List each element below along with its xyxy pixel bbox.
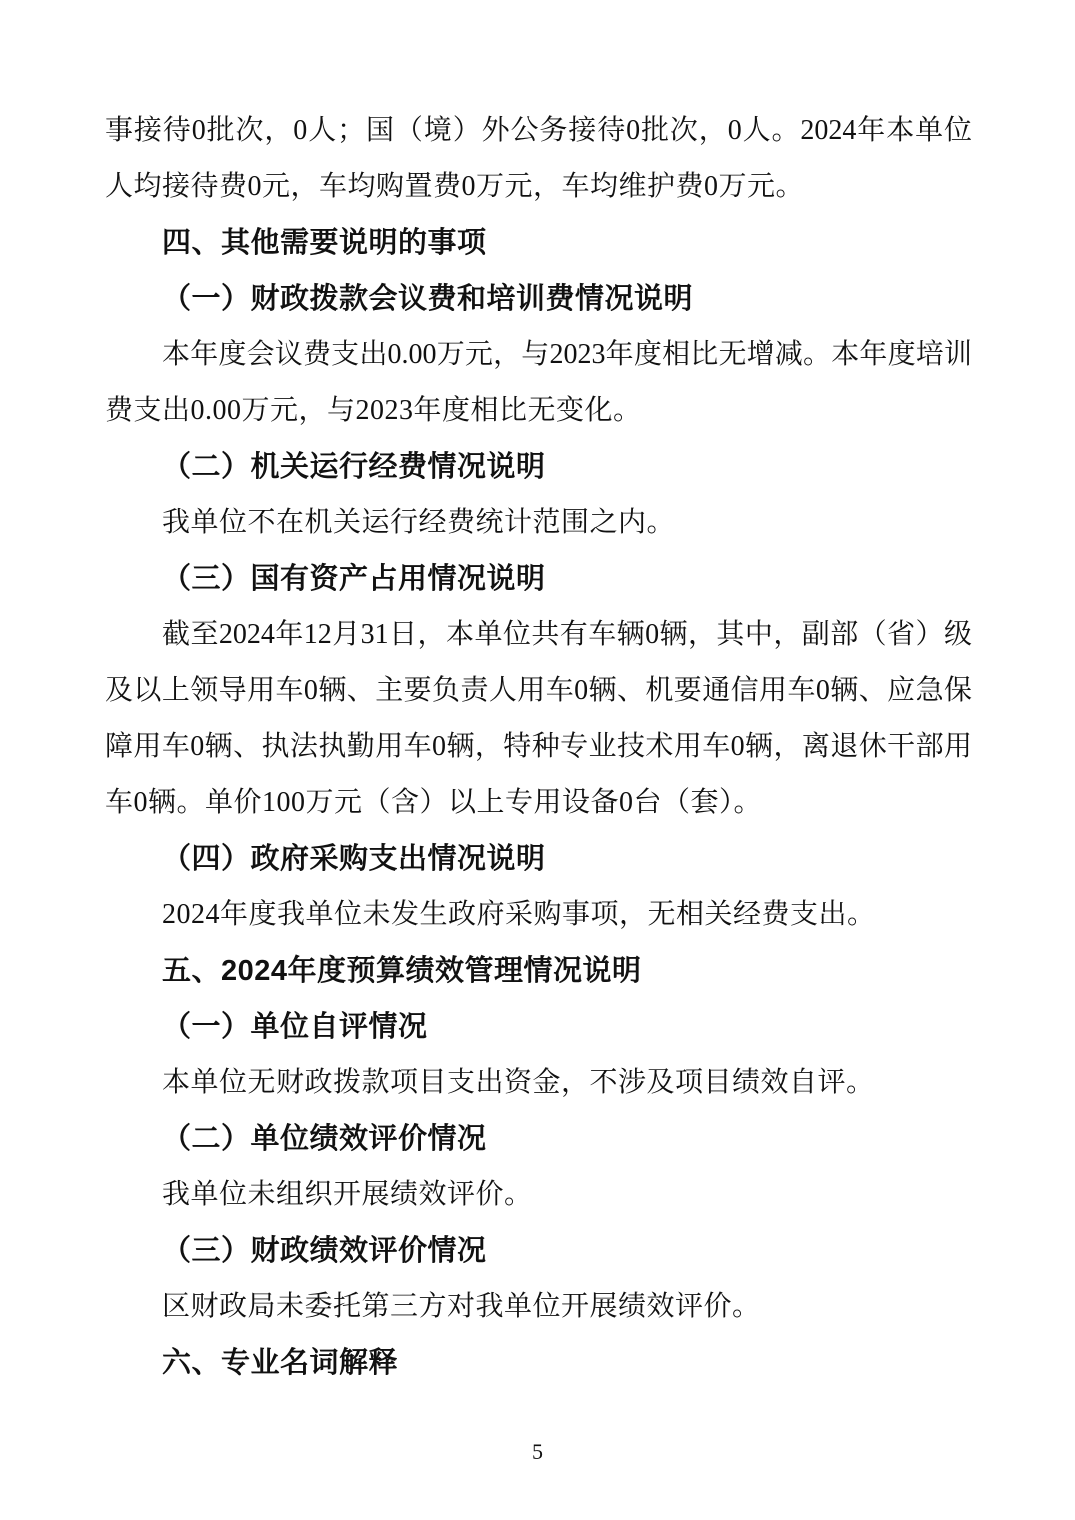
body-line: 人均接待费0元，车均购置费0万元，车均维护费0万元。 — [105, 159, 972, 215]
subsection-heading: （四）政府采购支出情况说明 — [105, 831, 972, 887]
body-line: 区财政局未委托第三方对我单位开展绩效评价。 — [105, 1279, 972, 1335]
body-line: 本年度会议费支出0.00万元，与2023年度相比无增减。本年度培训 — [105, 327, 972, 383]
document-body: 事接待0批次，0人；国（境）外公务接待0批次，0人。2024年本单位 人均接待费… — [105, 103, 972, 1391]
body-line: 事接待0批次，0人；国（境）外公务接待0批次，0人。2024年本单位 — [105, 103, 972, 159]
body-line: 截至2024年12月31日，本单位共有车辆0辆，其中，副部（省）级 — [105, 607, 972, 663]
body-line: 障用车0辆、执法执勤用车0辆，特种专业技术用车0辆，离退休干部用 — [105, 719, 972, 775]
subsection-heading: （一）单位自评情况 — [105, 999, 972, 1055]
subsection-heading: （二）单位绩效评价情况 — [105, 1111, 972, 1167]
body-line: 我单位不在机关运行经费统计范围之内。 — [105, 495, 972, 551]
subsection-heading: （三）财政绩效评价情况 — [105, 1223, 972, 1279]
body-line: 车0辆。单价100万元（含）以上专用设备0台（套）。 — [105, 775, 972, 831]
body-line: 本单位无财政拨款项目支出资金，不涉及项目绩效自评。 — [105, 1055, 972, 1111]
document-page: 事接待0批次，0人；国（境）外公务接待0批次，0人。2024年本单位 人均接待费… — [0, 0, 1075, 1520]
body-line: 费支出0.00万元，与2023年度相比无变化。 — [105, 383, 972, 439]
section-heading-four: 四、其他需要说明的事项 — [105, 215, 972, 271]
body-line: 2024年度我单位未发生政府采购事项，无相关经费支出。 — [105, 887, 972, 943]
body-line: 我单位未组织开展绩效评价。 — [105, 1167, 972, 1223]
section-heading-six: 六、专业名词解释 — [105, 1335, 972, 1391]
subsection-heading: （一）财政拨款会议费和培训费情况说明 — [105, 271, 972, 327]
subsection-heading: （三）国有资产占用情况说明 — [105, 551, 972, 607]
page-number: 5 — [0, 1436, 1075, 1468]
body-line: 及以上领导用车0辆、主要负责人用车0辆、机要通信用车0辆、应急保 — [105, 663, 972, 719]
subsection-heading: （二）机关运行经费情况说明 — [105, 439, 972, 495]
section-heading-five: 五、2024年度预算绩效管理情况说明 — [105, 943, 972, 999]
